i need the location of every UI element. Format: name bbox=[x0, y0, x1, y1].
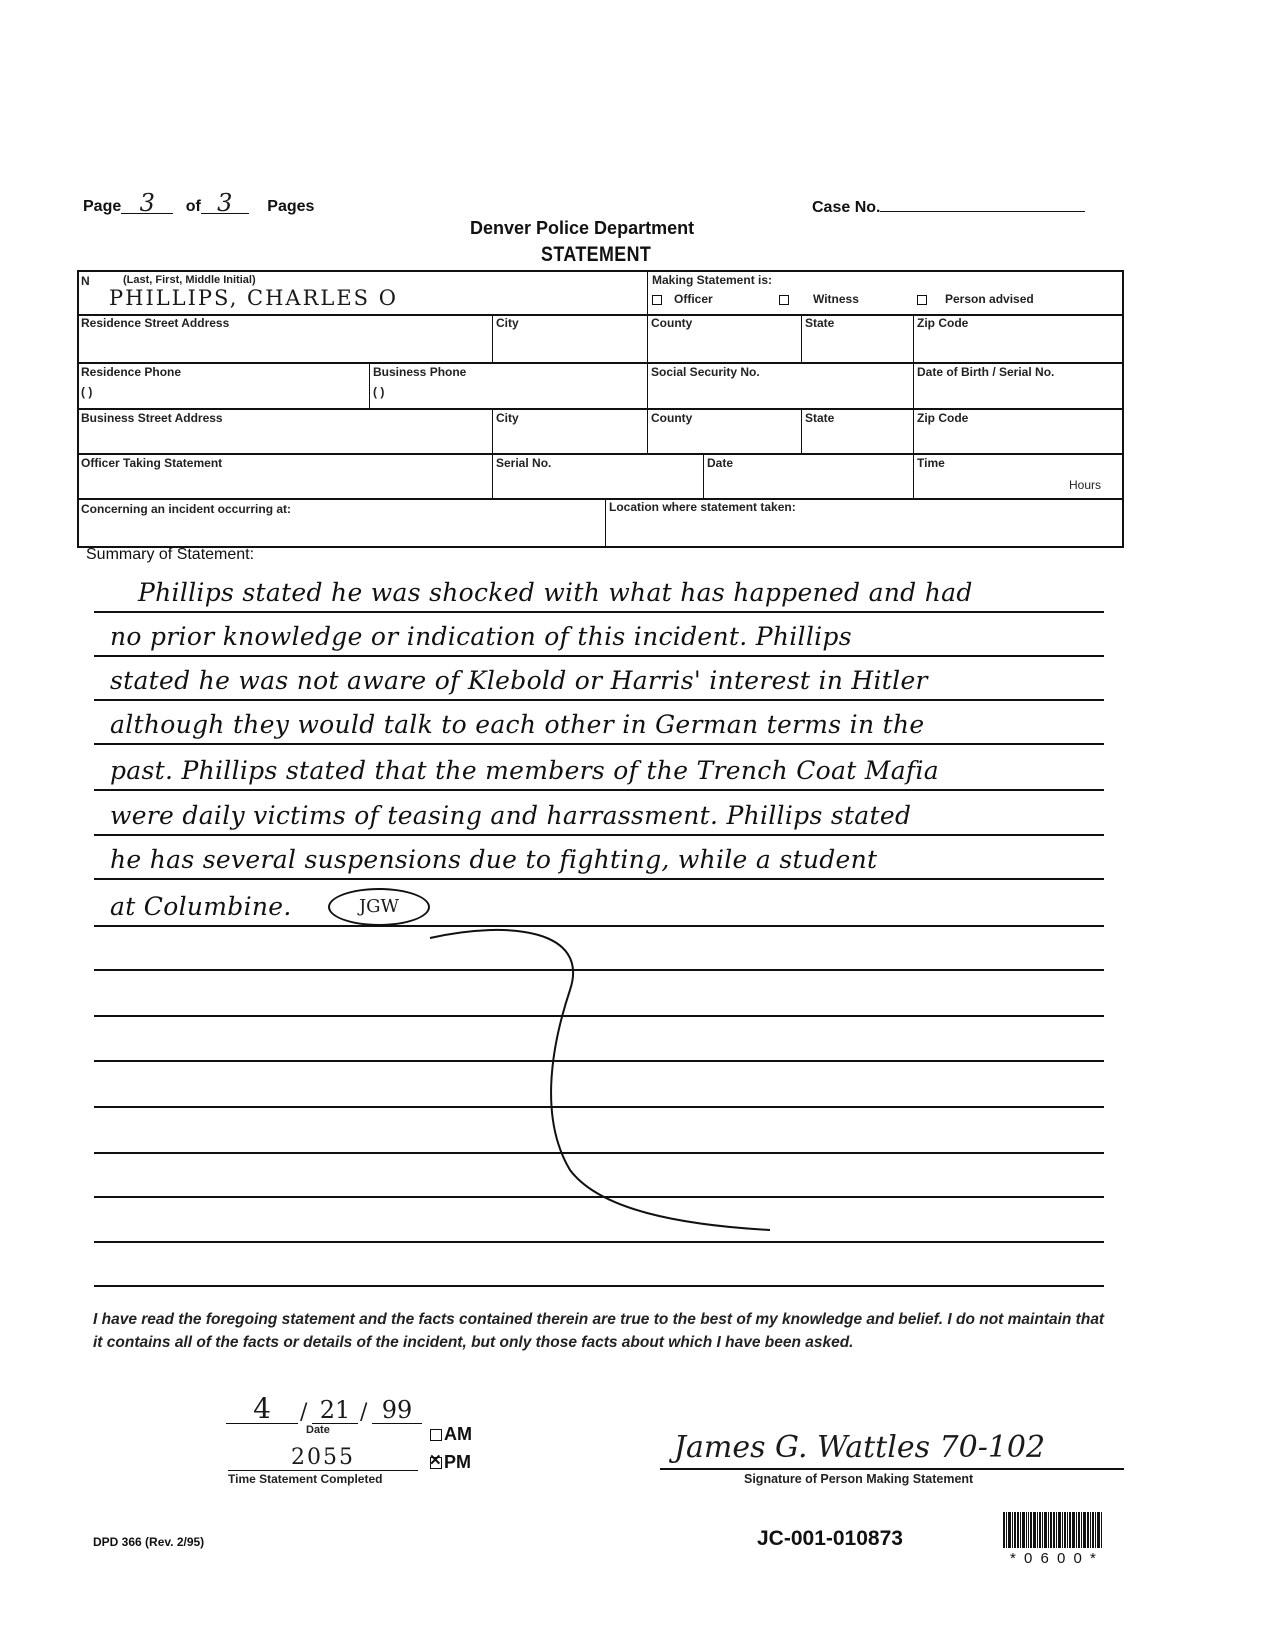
date-month[interactable]: 4 bbox=[226, 1395, 298, 1424]
option-witness[interactable]: Witness bbox=[779, 292, 859, 306]
business-zip-label: Zip Code bbox=[917, 411, 968, 425]
z-strike-mark bbox=[420, 920, 780, 1240]
total-pages: 3 bbox=[201, 193, 249, 214]
date-label: Date bbox=[707, 456, 733, 470]
department-name: Denver Police Department bbox=[470, 218, 694, 239]
initials-circle: JGW bbox=[328, 888, 430, 926]
business-city-label: City bbox=[496, 411, 519, 425]
summary-line: he has several suspensions due to fighti… bbox=[110, 845, 877, 874]
ssn-label: Social Security No. bbox=[651, 365, 760, 379]
witness-checkbox[interactable] bbox=[779, 295, 789, 305]
serial-label: Serial No. bbox=[496, 456, 551, 470]
officer-checkbox[interactable] bbox=[652, 295, 662, 305]
name-label: (Last, First, Middle Initial) bbox=[123, 274, 256, 286]
name-value[interactable]: PHILLIPS, CHARLES O bbox=[109, 286, 398, 310]
form-title: STATEMENT bbox=[541, 243, 651, 267]
residence-city-label: City bbox=[496, 316, 519, 330]
signature-label: Signature of Person Making Statement bbox=[744, 1472, 973, 1486]
summary-line: Phillips stated he was shocked with what… bbox=[138, 578, 973, 607]
business-county-label: County bbox=[651, 411, 692, 425]
summary-line: stated he was not aware of Klebold or Ha… bbox=[110, 666, 928, 695]
summary-line: at Columbine. bbox=[110, 892, 292, 921]
page-indicator: Page3 of3 Pages bbox=[83, 193, 314, 216]
residence-county-label: County bbox=[651, 316, 692, 330]
residence-state-label: State bbox=[805, 316, 834, 330]
case-number: Case No. bbox=[812, 193, 1085, 217]
option-officer[interactable]: Officer bbox=[652, 292, 713, 306]
case-no-label: Case No. bbox=[812, 199, 880, 216]
residence-street-label: Residence Street Address bbox=[81, 316, 229, 330]
summary-line: past. Phillips stated that the members o… bbox=[110, 756, 939, 785]
case-no-field[interactable] bbox=[880, 193, 1085, 212]
date-separator: / bbox=[300, 1400, 307, 1425]
am-option[interactable]: AM bbox=[430, 1424, 472, 1445]
residence-zip-label: Zip Code bbox=[917, 316, 968, 330]
pages-label: Pages bbox=[267, 198, 314, 215]
signature[interactable]: James G. Wattles 70-102 bbox=[660, 1428, 1124, 1470]
date-separator: / bbox=[360, 1400, 367, 1425]
residence-phone-field[interactable]: ( ) bbox=[81, 385, 92, 399]
business-state-label: State bbox=[805, 411, 834, 425]
officer-label: Officer Taking Statement bbox=[81, 456, 222, 470]
date-year[interactable]: 99 bbox=[372, 1397, 422, 1424]
residence-phone-label: Residence Phone bbox=[81, 365, 181, 379]
am-checkbox[interactable] bbox=[430, 1429, 442, 1441]
dob-label: Date of Birth / Serial No. bbox=[917, 365, 1054, 379]
barcode bbox=[1003, 1512, 1137, 1548]
pm-checkbox-checked[interactable]: ✕ bbox=[430, 1457, 442, 1469]
summary-label: Summary of Statement: bbox=[86, 546, 254, 564]
business-phone-field[interactable]: ( ) bbox=[373, 385, 384, 399]
making-statement-label: Making Statement is: bbox=[652, 273, 772, 287]
pm-option[interactable]: ✕PM bbox=[430, 1452, 471, 1473]
option-person-advised[interactable]: Person advised bbox=[917, 292, 1034, 306]
time-label: Time bbox=[917, 456, 945, 470]
of-label: of bbox=[186, 198, 201, 215]
barcode-number: * 0 6 0 0 * bbox=[1010, 1550, 1098, 1567]
time-completed-label: Time Statement Completed bbox=[228, 1472, 382, 1486]
page-number: 3 bbox=[121, 193, 173, 214]
personal-info-table: N (Last, First, Middle Initial) PHILLIPS… bbox=[77, 270, 1124, 548]
hours-label: Hours bbox=[1069, 478, 1101, 492]
business-street-label: Business Street Address bbox=[81, 411, 223, 425]
page-label: Page bbox=[83, 198, 121, 215]
form-number: DPD 366 (Rev. 2/95) bbox=[93, 1535, 204, 1549]
time-completed-value[interactable]: 2055 bbox=[228, 1446, 418, 1471]
person-advised-checkbox[interactable] bbox=[917, 295, 927, 305]
date-label: Date bbox=[306, 1424, 330, 1436]
summary-line: no prior knowledge or indication of this… bbox=[110, 622, 852, 651]
attestation-text: I have read the foregoing statement and … bbox=[93, 1308, 1113, 1354]
summary-line: although they would talk to each other i… bbox=[110, 710, 924, 739]
incident-label: Concerning an incident occurring at: bbox=[81, 502, 291, 516]
business-phone-label: Business Phone bbox=[373, 365, 466, 379]
location-label: Location where statement taken: bbox=[609, 500, 796, 514]
document-id: JC-001-010873 bbox=[757, 1527, 903, 1551]
summary-line: were daily victims of teasing and harras… bbox=[110, 801, 911, 830]
date-day[interactable]: 21 bbox=[312, 1397, 358, 1424]
name-label-n: N bbox=[81, 274, 90, 288]
